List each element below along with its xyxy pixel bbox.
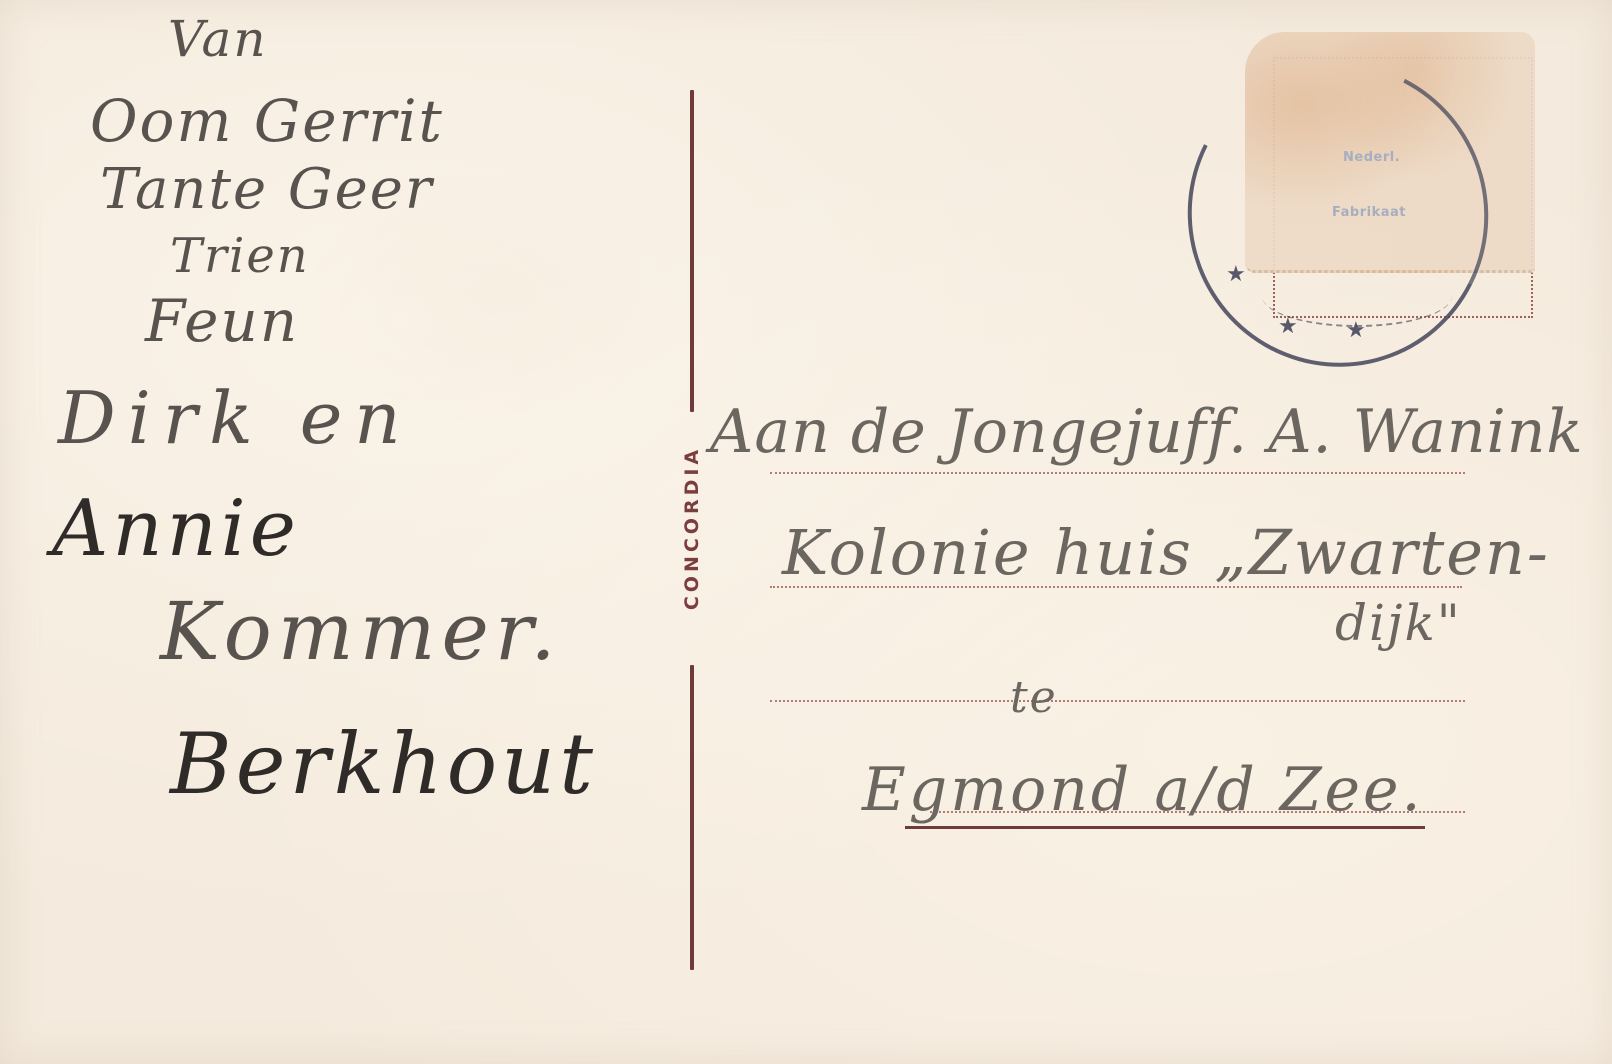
sender-line-kommer: Kommer. bbox=[160, 592, 562, 672]
sender-line-tante-geer: Tante Geer bbox=[100, 162, 434, 218]
address-rule-1 bbox=[770, 472, 1465, 474]
address-line-te: te bbox=[1010, 676, 1058, 720]
sender-line-berkhout: Berkhout bbox=[170, 722, 597, 806]
postmark-star-icon: ★ bbox=[1278, 314, 1298, 339]
sender-line-feun: Feun bbox=[145, 292, 299, 350]
postcard-back: Van Oom Gerrit Tante Geer Trien Feun Dir… bbox=[0, 0, 1612, 1064]
sender-line-oom-gerrit: Oom Gerrit bbox=[90, 92, 444, 150]
sender-line-annie: Annie bbox=[52, 490, 300, 568]
publisher-imprint: CONCORDIA bbox=[681, 446, 703, 610]
address-rule-3 bbox=[770, 700, 1465, 702]
divider-line-bottom bbox=[690, 665, 694, 970]
address-line-kolonie-huis: Kolonie huis „Zwarten- bbox=[782, 522, 1550, 584]
sender-line-dirk-en: Dirk en bbox=[58, 382, 413, 454]
sender-line-trien: Trien bbox=[170, 232, 310, 280]
address-underline bbox=[905, 826, 1425, 829]
address-line-dijk: dijk" bbox=[1335, 598, 1462, 648]
divider-line-top bbox=[690, 90, 694, 412]
address-line-recipient: Aan de Jongejuff. A. Wanink bbox=[710, 402, 1584, 462]
address-line-town: Egmond a/d Zee. bbox=[862, 760, 1424, 820]
sender-line-van: Van bbox=[168, 14, 268, 64]
postmark-star-icon: ★ bbox=[1226, 262, 1246, 287]
postmark-star-icon: ★ bbox=[1346, 318, 1366, 343]
